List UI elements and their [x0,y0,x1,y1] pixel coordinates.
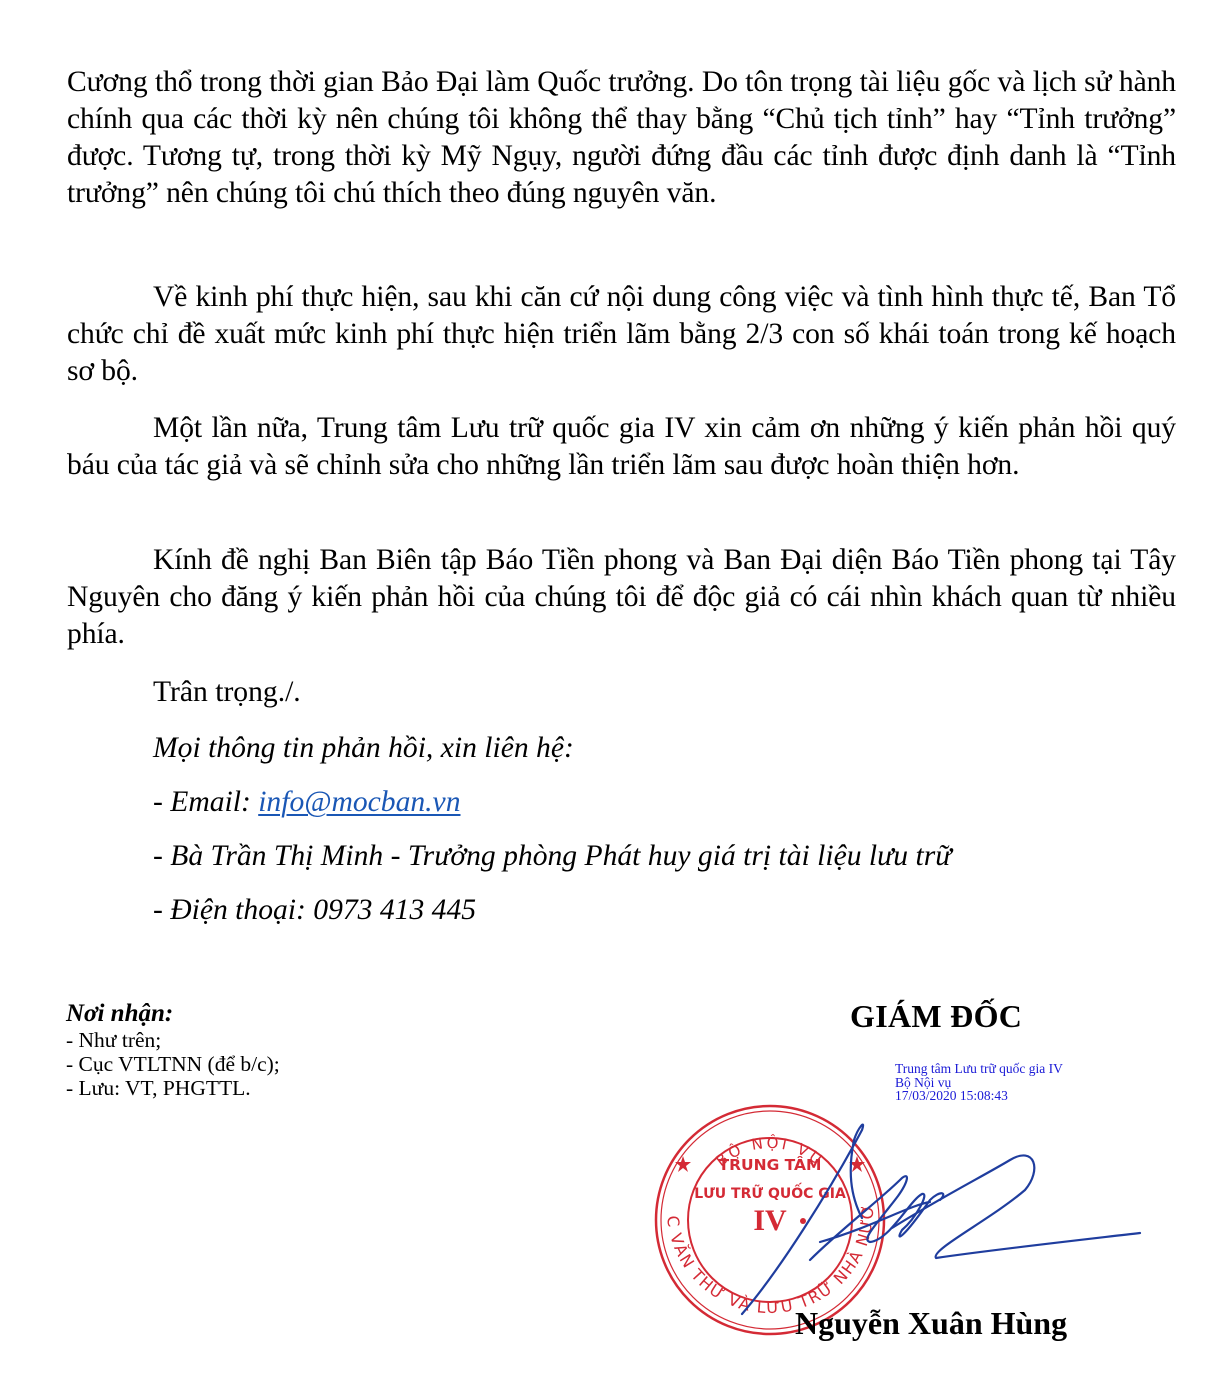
recipient-item: - Cục VTLTNN (để b/c); [66,1052,280,1076]
recipient-item: - Lưu: VT, PHGTTL. [66,1076,280,1100]
contact-heading: Mọi thông tin phản hồi, xin liên hệ: [153,730,574,767]
signer-title: GIÁM ĐỐC [850,998,1022,1035]
body-paragraph-2: Về kinh phí thực hiện, sau khi căn cứ nộ… [67,279,1176,390]
body-paragraph-4: Kính đề nghị Ban Biên tập Báo Tiền phong… [67,542,1176,653]
closing-text: Trân trọng./. [153,674,301,711]
paragraph-text: Về kinh phí thực hiện, sau khi căn cứ nộ… [67,279,1176,390]
paragraph-text: Kính đề nghị Ban Biên tập Báo Tiền phong… [67,542,1176,653]
paragraph-text: Một lần nữa, Trung tâm Lưu trữ quốc gia … [67,410,1176,484]
digital-signature-ministry: Bộ Nội vụ [895,1076,1063,1090]
document-page: Cương thổ trong thời gian Bảo Đại làm Qu… [0,0,1225,1396]
recipients-block: Nơi nhận: - Như trên; - Cục VTLTNN (để b… [66,1000,280,1100]
contact-email-line: - Email: info@mocban.vn [153,784,461,821]
handwritten-signature-icon [640,1100,1160,1330]
email-link[interactable]: info@mocban.vn [258,786,460,818]
email-label: - Email: [153,786,258,818]
paragraph-text: Cương thổ trong thời gian Bảo Đại làm Qu… [67,64,1176,212]
recipients-heading: Nơi nhận: [66,1000,280,1028]
body-paragraph-3: Một lần nữa, Trung tâm Lưu trữ quốc gia … [67,410,1176,484]
body-paragraph-1: Cương thổ trong thời gian Bảo Đại làm Qu… [67,64,1176,212]
recipient-item: - Như trên; [66,1028,280,1052]
signer-name: Nguyễn Xuân Hùng [795,1305,1067,1342]
digital-signature-info: Trung tâm Lưu trữ quốc gia IV Bộ Nội vụ … [895,1062,1063,1103]
contact-person: - Bà Trần Thị Minh - Trưởng phòng Phát h… [153,838,951,875]
contact-phone: - Điện thoại: 0973 413 445 [153,892,476,929]
digital-signature-org: Trung tâm Lưu trữ quốc gia IV [895,1062,1063,1076]
